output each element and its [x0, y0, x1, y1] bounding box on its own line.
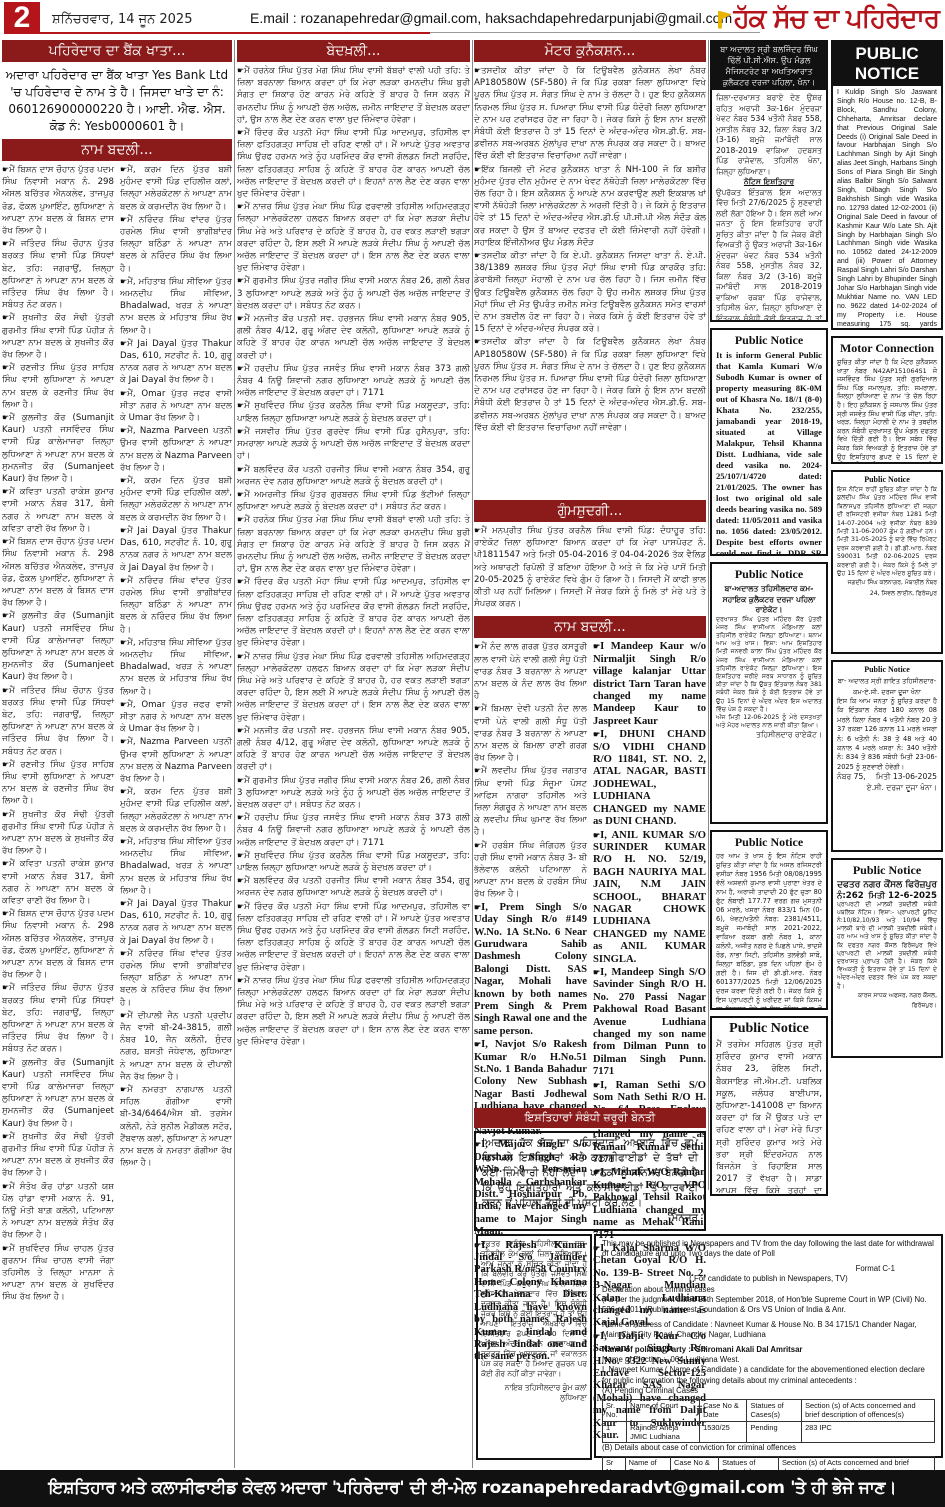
issue-date: ਸ਼ਨਿੱਚਰਵਾਰ, 14 ਜੂਨ 2025: [52, 12, 192, 27]
list-item: I, Prem Singh S/o Uday Singh R/o #149 W.…: [474, 902, 587, 1038]
list-item: ਤਸਦੀਕ ਕੀਤਾ ਜਾਂਦਾ ਹੈ ਕਿ ਏ.ਪੀ. ਕੁਨੈਕਸ਼ਨ ਜਿ…: [474, 250, 706, 335]
tehsil-notice: ਦਫਤਰ ਨਾਇਬ ਤਹਿਸੀਲਦਾਰ ਸਬ-ਤਹਿਸੀਲ ਕੂੰਮ ਕਲਾਂ …: [476, 1234, 592, 1460]
list-item: ਮੈਂ ਦੀਪਾਲੀ ਜੈਨ ਪਤਨੀ ਪ੍ਰਦੀਪ ਜੈਨ ਵਾਸੀ ਬੀ-2…: [120, 1010, 232, 1083]
disclaimer-signature: ਮੈਨੇਜਰ: [482, 1211, 698, 1226]
list-item: ਮੈਂ ਹਰਨੇਕ ਸਿੰਘ ਪੁੱਤਰ ਮੇਗ ਸਿੰਘ ਸਿੰਘ ਵਾਸੀ …: [237, 514, 470, 575]
list-item: ਮੈਂ ਲਵਦੀਪ ਸਿੰਘ ਪੁੱਤਰ ਜਗਤਾਰ ਸਿੰਘ ਵਾਸੀ ਪਿੰ…: [474, 765, 587, 838]
section-heading-name-change: ਨਾਮ ਬਦਲੀ...: [2, 139, 232, 161]
public-notice-lost-registry: Public Notice ਹਰ ਆਮ ਤੇ ਖਾਸ ਨੂੰ ਇਸ ਨੋਟਿਸ …: [710, 830, 828, 1010]
lost-passport-notice: ਮੈਂ ਮਨਪ੍ਰੀਤ ਸਿੰਘ ਪੁੱਤਰ ਕਰਨੈਲ ਸਿੰਘ ਵਾਸੀ ਪ…: [474, 525, 706, 610]
column-motor-lost-namechange: ਮੋਟਰ ਕੁਨੈਕਸ਼ਨ... ਤਸਦੀਕ ਕੀਤਾ ਜਾਂਦਾ ਹੈ ਕਿ …: [474, 40, 706, 435]
public-notice-lost-deeds: Public Notice ਇਸ ਨੋਟਿਸ ਰਾਹੀਂ ਸੂਚਿਤ ਕੀਤਾ …: [831, 470, 943, 654]
list-item: ਮੈਂ ਜਤਿੰਦਰ ਸਿੰਘ ਚੌਹਾਨ ਪੁੱਤਰ ਬਰਕਤ ਸਿੰਘ ਵਾ…: [2, 982, 114, 1055]
election-criminal-declaration: This may be published in Newspapers and …: [594, 1234, 943, 1458]
column-divider: [472, 40, 473, 1468]
masthead-rule: [40, 32, 430, 34]
list-item: ਮੈਂ Jai Dayal ਪੁੱਤਰ Thakur Das, 610, ਸਟਰ…: [120, 338, 232, 387]
name-change-list-right: ਮੈਂ, ਕਰਮ ਦਿਨ ਪੁੱਤਰ ਬਸ਼ੀ ਮੁਹੰਮਦ ਵਾਸੀ ਪਿੰਡ…: [120, 164, 232, 1305]
disinheritance-list: ਮੈਂ ਹਰਨੇਕ ਸਿੰਘ ਪੁੱਤਰ ਮੇਗ ਸਿੰਘ ਸਿੰਘ ਵਾਸੀ …: [237, 65, 470, 1048]
table-row: 1Rajinder Aneja JMIC Ludhiana1530/25Pend…: [603, 1421, 935, 1443]
list-item: ਮੈਂ ਜਸਵੀਰ ਸਿੰਘ ਪੁੱਤਰ ਗੁਰਦੇਵ ਸਿੰਘ ਵਾਸੀ ਪਿ…: [237, 426, 470, 463]
list-item: ਮੈਂ ਨਰਿੰਦਰ ਸਿੰਘ ਵਾਂਦਰ ਪੁੱਤਰ ਹਰਮੇਲ ਸਿੰਘ ਵ…: [120, 575, 232, 636]
motor-connection-notice: Motor Connection ਸੂਚਿਤ ਕੀਤਾ ਜਾਂਦਾ ਹੈ ਕਿ …: [831, 336, 943, 464]
list-item: ਮੈਂ ਰਿੰਦਰ ਕੌਰ ਪਤਨੀ ਮੋਹਾ ਸਿੰਘ ਵਾਸੀ ਪਿੰਡ ਆ…: [237, 127, 470, 200]
list-item: ਮੈਂ ਨਾਜ਼ਰ ਸਿੰਘ ਪੁੱਤਰ ਮੇਘਾ ਸਿੰਘ ਪਿੰਡ ਫਰਵਾ…: [237, 201, 470, 274]
list-item: ਮੈਂ ਸੁਖਵਿੰਦਰ ਸਿੰਘ ਚਾਹਲ ਪੁੱਤਰ ਗੁਰਨਾਮ ਸਿੰਘ…: [2, 1243, 114, 1304]
list-item: ਮੈਂ, ਕਰਮ ਦਿਨ ਪੁੱਤਰ ਬਸ਼ੀ ਮੁਹੰਮਦ ਵਾਸੀ ਪਿੰਡ…: [120, 475, 232, 524]
section-heading-name-change-2: ਨਾਮ ਬਦਲੀ...: [474, 616, 706, 638]
list-item: ਮੈਂ ਨਰਿੰਦਰ ਸਿੰਘ ਵਾਂਦਰ ਪੁੱਤਰ ਹਰਮੇਲ ਸਿੰਘ ਵ…: [120, 948, 232, 1009]
list-item: ਮੈਂ ਬਿਸ਼ਨ ਦਾਸ ਚੌਹਾਨ ਪੁੱਤਰ ਪਦਮ ਸਿੰਘ ਨਿਵਾਸ…: [2, 164, 114, 237]
flag-icon: [718, 11, 732, 29]
list-item: ਮੈਂ ਕੁਲਜੀਤ ਕੌਰ (Sumanjit Kaur) ਪਤਨੀ ਜਸਵਿ…: [2, 1057, 114, 1130]
public-notice-ferozepur: Public Notice ਦਫਤਰ ਨਗਰ ਕੌਂਸਲ ਫਿਰੋਜ਼ਪੁਰ ਨ…: [831, 858, 943, 1058]
masthead-email: E.mail : rozanapehredar@gmail.com, haksa…: [250, 10, 732, 26]
list-item: ਮੈਂ ਬਿਸ਼ਨ ਦਾਸ ਚੌਹਾਨ ਪੁੱਤਰ ਪਦਮ ਸਿੰਘ ਨਿਵਾਸ…: [2, 536, 114, 609]
list-item: ਮੈਂ ਬਿਸ਼ਨ ਦਾਸ ਚੌਹਾਨ ਪੁੱਤਰ ਪਦਮ ਸਿੰਘ ਨਿਵਾਸ…: [2, 908, 114, 981]
list-item: ਮੈਂ ਕਵਿਤਾ ਪਤਨੀ ਰਾਕੇਸ਼ ਕੁਮਾਰ ਵਾਸੀ ਮਕਾਨ ਨੰ…: [2, 858, 114, 907]
page-number: 2: [4, 2, 40, 34]
column-public-notices: PUBLIC NOTICE I Kuldip Singh S/o Jaswant…: [831, 40, 943, 1064]
list-item: ਮੈਂ ਬਲਵਿੰਦਰ ਕੌਰ ਪਤਨੀ ਹਰਜੀਤ ਸਿੰਘ ਵਾਸੀ ਮਕਾ…: [237, 875, 470, 899]
list-item: ਮੈਂ ਨਮਰਤਾ ਨਾਗਪਾਲ ਪਤਨੀ ਸਹਿਲ ਗੋਗੀਆ ਵਾਸੀ ਬੀ…: [120, 1084, 232, 1169]
list-item: ਮੈਂ ਮਨਜੀਤ ਕੌਰ ਪਤਨੀ ਸਵ. ਹਰਭਜਨ ਸਿੰਘ ਵਾਸੀ ਮ…: [237, 313, 470, 362]
list-item: ਮੈਂ ਹਰਬੰਸ ਸਿੰਘ ਜੰਗਿਹਲ ਪੁੱਤਰ ਹਰੀ ਸਿੰਘ ਵਾਸ…: [474, 840, 587, 901]
list-item: ਮੈਂ ਜਤਿੰਦਰ ਸਿੰਘ ਚੌਹਾਨ ਪੁੱਤਰ ਬਰਕਤ ਸਿੰਘ ਵਾ…: [2, 685, 114, 758]
section-heading-motor-connection: ਮੋਟਰ ਕੁਨੈਕਸ਼ਨ...: [474, 40, 706, 62]
section-heading-lost: ਗੁੰਮਸ਼ੁਦਗੀ...: [474, 500, 706, 522]
list-item: ਮੈਂ ਹਰਦੀਪ ਸਿੰਘ ਪੁੱਤਰ ਜਸਵੰਤ ਸਿੰਘ ਵਾਸੀ ਮਕਾ…: [237, 812, 470, 849]
list-item: ਮੈਂ ਅਮਰਜੀਤ ਸਿੰਘ ਪੁੱਤਰ ਗੁਰਬਚਨ ਸਿੰਘ ਵਾਸੀ ਪ…: [237, 489, 470, 513]
court-notice-khanna: ਬਾ ਅਦਾਲਤ ਸ੍ਰੀ ਬਲਜਿੰਦਰ ਸਿੰਘ ਢਿੱਲੋਂ ਪੀ.ਸੀ.…: [710, 40, 828, 322]
list-item: ਮੈਂ, ਕਰਮ ਦਿਨ ਪੁੱਤਰ ਬਸ਼ੀ ਮੁਹੰਮਦ ਵਾਸੀ ਪਿੰਡ…: [120, 786, 232, 835]
list-item: ਤਸਦੀਕ ਕੀਤਾ ਜਾਂਦਾ ਹੈ ਕਿ ਟਿਊਬਵੈਲ ਕੁਨੈਕਸ਼ਨ …: [474, 336, 706, 434]
masthead-rule-thin: [430, 32, 760, 33]
public-notice-tarsem: Public Notice ਮੈਂ ਤਰਸੇਮ ਸਹਿਗਲ ਪੁੱਤਰ ਸ਼੍ਰ…: [710, 1016, 828, 1196]
public-notice-raikot: Public Notice ਬਾ-ਅਦਾਲਤ ਤਹਿਸੀਲਦਾਰ ਕਮ-ਸਹਾਇ…: [710, 562, 828, 824]
brand-name: ਹੱਕ ਸੱਚ ਦਾ ਪਹਿਰੇਦਾਰ: [734, 4, 939, 34]
list-item: ਮੈਂ, ਮਹਿਤਾਬ ਸਿੰਘ ਸੀਵਿਆ ਪੁੱਤਰ ਅਮਨਦੀਪ ਸਿੰਘ…: [120, 836, 232, 897]
masthead: 2 ਸ਼ਨਿੱਚਰਵਾਰ, 14 ਜੂਨ 2025 E.mail : rozan…: [0, 0, 945, 40]
column-bank-namechange: ਪਹਿਰੇਦਾਰ ਦਾ ਬੈਂਕ ਖਾਤਾ... ਅਦਾਰਾ ਪਹਿਰੇਦਾਰ …: [2, 40, 232, 1305]
list-item: ਮੈਂ ਹਰਦੀਪ ਸਿੰਘ ਪੁੱਤਰ ਜਸਵੰਤ ਸਿੰਘ ਵਾਸੀ ਮਕਾ…: [237, 363, 470, 400]
list-item: ਮੈਂ ਰਿੰਦਰ ਕੌਰ ਪਤਨੀ ਮੋਹਾ ਸਿੰਘ ਵਾਸੀ ਪਿੰਡ ਆ…: [237, 576, 470, 649]
ad-disclaimer: 'ਅਦਾਰਾ ਹੱਕ ਸੱਚ ਦਾ ਪਹਿਰੇਦਾਰ' ਅਖ਼ਬਾਰ ਵਿੱਚ …: [474, 1131, 706, 1231]
list-item: ਮੈਂ, Omar ਪੁੱਤਰ ਜ਼ਫਰ ਵਾਸੀ ਸੀਤਾ ਨਗਰ ਨੇ ਆਪ…: [120, 699, 232, 736]
list-item: ਮੈਂ Jai Dayal ਪੁੱਤਰ Thakur Das, 610, ਸਟਰ…: [120, 898, 232, 947]
list-item: ਮੈਂ ਮਨਪ੍ਰੀਤ ਸਿੰਘ ਪੁੱਤਰ ਕਰਨੈਲ ਸਿੰਘ ਵਾਸੀ ਪ…: [474, 525, 706, 610]
list-item: ਮੈਂ, Omar ਪੁੱਤਰ ਜ਼ਫਰ ਵਾਸੀ ਸੀਤਾ ਨਗਰ ਨੇ ਆਪ…: [120, 388, 232, 425]
list-item: ਮੈਂ ਸੁਖਜੀਤ ਕੌਰ ਸੋਢੀ ਪੁੱਤਰੀ ਗੁਰਮੀਤ ਸਿੰਘ ਵ…: [2, 1131, 114, 1180]
public-notice-court-mutation: Public Notice ਬਾ- ਅਦਾਲਤ ਸ੍ਰੀ ਗਾਇਤ ਤਹਿਸੀਲ…: [831, 660, 943, 852]
list-item: I, ANIL KUMAR S/O SURINDER KUMAR R/O H. …: [593, 830, 706, 966]
list-item: ਮੈਂ ਰਣਜੀਤ ਸਿੰਘ ਪੁੱਤਰ ਸਾਹਿਬ ਸਿੰਘ ਵਾਸੀ ਲੁਧ…: [2, 362, 114, 411]
list-item: ਮੈਂ ਨੰਦ ਲਾਲ ਗਰਗ ਪੁੱਤਰ ਕਸਤੂਰੀ ਲਾਲ ਵਾਸੀ ਪੇ…: [474, 641, 587, 702]
list-item: ਮੈਂ ਕਵਿਤਾ ਪਤਨੀ ਰਾਕੇਸ਼ ਕੁਮਾਰ ਵਾਸੀ ਮਕਾਨ ਨੰ…: [2, 486, 114, 535]
list-item: ਮੈਂ, ਕਰਮ ਦਿਨ ਪੁੱਤਰ ਬਸ਼ੀ ਮੁਹੰਮਦ ਵਾਸੀ ਪਿੰਡ…: [120, 164, 232, 213]
list-item: I, DHUNI CHAND S/O VIDHI CHAND R/O 11841…: [593, 729, 706, 828]
list-item: ਮੈਂ, Nazma Parveen ਪਤਨੀ ਉਮਰ ਵਾਸੀ ਲੁਧਿਆਣਾ…: [120, 736, 232, 785]
list-item: ਮੈਂ ਗੁਰਮੀਤ ਸਿੰਘ ਪੁੱਤਰ ਜਗੀਰ ਸਿੰਘ ਵਾਸੀ ਮਕਾ…: [237, 275, 470, 312]
list-item: ਮੈਂ ਕੁਲਜੀਤ ਕੌਰ (Sumanjit Kaur) ਪਤਨੀ ਜਸਵਿ…: [2, 412, 114, 485]
list-item: ਮੈਂ ਹਰਨੇਕ ਸਿੰਘ ਪੁੱਤਰ ਮੇਗ ਸਿੰਘ ਸਿੰਘ ਵਾਸੀ …: [237, 65, 470, 126]
newspaper-logo: ਹੱਕ ਸੱਚ ਦਾ ਪਹਿਰੇਦਾਰ: [716, 4, 939, 34]
list-item: ਮੈਂ ਸੁਖਵਿੰਦਰ ਸਿੰਘ ਪੁੱਤਰ ਕਰਨੈਲ ਸਿੰਘ ਵਾਸੀ …: [237, 400, 470, 424]
list-item: ਤਸਦੀਕ ਕੀਤਾ ਜਾਂਦਾ ਹੈ ਕਿ ਟਿਊਬਵੈਲ ਕੁਨੈਕਸ਼ਨ …: [474, 65, 706, 163]
bank-account-info: ਅਦਾਰਾ ਪਹਿਰੇਦਾਰ ਦਾ ਬੈਂਕ ਖਾਤਾ Yes Bank Ltd…: [2, 65, 232, 139]
list-item: ਮੈਂ, Nazma Parveen ਪਤਨੀ ਉਮਰ ਵਾਸੀ ਲੁਧਿਆਣਾ…: [120, 425, 232, 474]
public-notice-kuldip-singh: PUBLIC NOTICE I Kuldip Singh S/o Jaswant…: [831, 40, 943, 330]
list-item: ਮੈਂ, ਮਹਿਤਾਬ ਸਿੰਘ ਸੀਵਿਆ ਪੁੱਤਰ ਅਮਨਦੀਪ ਸਿੰਘ…: [120, 276, 232, 337]
footer-ad-email-banner: ਇਸ਼ਤਿਹਾਰ ਅਤੇ ਕਲਾਸੀਫਾਈਡ ਕੇਵਲ ਅਦਾਰਾ 'ਪਹਿਰੇ…: [0, 1470, 945, 1507]
list-item: ਮੈਂ ਸੁਖਵਿੰਦਰ ਸਿੰਘ ਪੁੱਤਰ ਕਰਨੈਲ ਸਿੰਘ ਵਾਸੀ …: [237, 850, 470, 874]
list-item: ਮੈਂ Jai Dayal ਪੁੱਤਰ Thakur Das, 610, ਸਟਰ…: [120, 525, 232, 574]
list-item: ਮੈਂ ਮਨਜੀਤ ਕੌਰ ਪਤਨੀ ਸਵ. ਹਰਭਜਨ ਸਿੰਘ ਵਾਸੀ ਮ…: [237, 725, 470, 774]
public-notice-kamla-kumari: Public Notice It is inform General Publi…: [710, 328, 828, 556]
list-item: ਮੈਂ ਨਾਜ਼ਰ ਸਿੰਘ ਪੁੱਤਰ ਮੇਘਾ ਸਿੰਘ ਪਿੰਡ ਫਰਵਾ…: [237, 975, 470, 1048]
list-item: ਮੈਂ ਗੁਰਮੀਤ ਸਿੰਘ ਪੁੱਤਰ ਜਗੀਰ ਸਿੰਘ ਵਾਸੀ ਮਕਾ…: [237, 775, 470, 812]
list-item: ਮੈਂ ਨਰਿੰਦਰ ਸਿੰਘ ਵਾਂਦਰ ਪੁੱਤਰ ਹਰਮੇਲ ਸਿੰਘ ਵ…: [120, 214, 232, 275]
section-heading-disinheritance: ਬੇਦਖ਼ਲੀ...: [237, 40, 470, 62]
column-disinheritance: ਬੇਦਖ਼ਲੀ... ਮੈਂ ਹਰਨੇਕ ਸਿੰਘ ਪੁੱਤਰ ਮੇਗ ਸਿੰਘ…: [237, 40, 470, 1049]
list-item: ਮੈਂ ਰਣਜੀਤ ਸਿੰਘ ਪੁੱਤਰ ਸਾਹਿਬ ਸਿੰਘ ਵਾਸੀ ਲੁਧ…: [2, 759, 114, 808]
list-item: ਮੈਂ ਨਾਜ਼ਰ ਸਿੰਘ ਪੁੱਤਰ ਮੇਘਾ ਸਿੰਘ ਪਿੰਡ ਫਰਵਾ…: [237, 651, 470, 724]
name-change-list-left: ਮੈਂ ਬਿਸ਼ਨ ਦਾਸ ਚੌਹਾਨ ਪੁੱਤਰ ਪਦਮ ਸਿੰਘ ਨਿਵਾਸ…: [2, 164, 114, 1305]
tehsil-signature: ਨਾਇਬ ਤਹਿਸੀਲਦਾਰ ਕੂੰਮ ਕਲਾਂ ਲੁਧਿਆਣਾ: [481, 1383, 587, 1403]
list-item: I, Mandeep Singh S/O Savinder Singh R/O …: [593, 967, 706, 1079]
list-item: ਮੈਂ ਜਤਿੰਦਰ ਸਿੰਘ ਚੌਹਾਨ ਪੁੱਤਰ ਬਰਕਤ ਸਿੰਘ ਵਾ…: [2, 238, 114, 311]
list-item: ਮੈਂ ਸੰਤੋਖ ਕੌਰ ਹਾਂਡਾ ਪਤਨੀ ਯਸ਼ ਪੌਲ ਹਾਂਡਾ ਵ…: [2, 1181, 114, 1242]
section-heading-bank: ਪਹਿਰੇਦਾਰ ਦਾ ਬੈਂਕ ਖਾਤਾ...: [2, 40, 232, 62]
pending-cases-table: Sr. No.Name of CourtCase No & DateStatue…: [602, 1399, 935, 1444]
list-item: ਮੈਂ ਬਿਮਲਾ ਦੇਵੀ ਪਤਨੀ ਨੰਦ ਲਾਲ ਵਾਸੀ ਪੇਨੇ ਵਾ…: [474, 703, 587, 764]
list-item: ਮੈਂ ਬਲਵਿੰਦਰ ਕੌਰ ਪਤਨੀ ਹਰਜੀਤ ਸਿੰਘ ਵਾਸੀ ਮਕਾ…: [237, 464, 470, 488]
motor-connection-list: ਤਸਦੀਕ ਕੀਤਾ ਜਾਂਦਾ ਹੈ ਕਿ ਟਿਊਬਵੈਲ ਕੁਨੈਕਸ਼ਨ …: [474, 65, 706, 434]
court-header: ਬਾ ਅਦਾਲਤ ਸ੍ਰੀ ਬਲਜਿੰਦਰ ਸਿੰਘ ਢਿੱਲੋਂ ਪੀ.ਸੀ.…: [712, 42, 826, 90]
column-divider: [708, 40, 709, 1190]
list-item: I Mandeep Kaur w/o Nirmaljit Singh R/o v…: [593, 641, 706, 728]
list-item: ਇੱਕ ਬਿਜਲੀ ਦੀ ਮੋਟਰ ਕੁਨੈਕਸ਼ਨ ਖਾਤਾ ਨੰ NH-10…: [474, 164, 706, 249]
column-divider: [234, 40, 235, 1468]
section-heading-ad-disclaimer: ਇਸ਼ਤਿਹਾਰਾਂ ਸੰਬੰਧੀ ਜ਼ਰੂਰੀ ਬੇਨਤੀ: [474, 1108, 706, 1128]
list-item: ਮੈਂ ਰਿੰਦਰ ਕੌਰ ਪਤਨੀ ਮੋਹਾ ਸਿੰਘ ਵਾਸੀ ਪਿੰਡ ਆ…: [237, 901, 470, 974]
list-item: ਮੈਂ ਸੁਖਜੀਤ ਕੌਰ ਸੋਢੀ ਪੁੱਤਰੀ ਗੁਰਮੀਤ ਸਿੰਘ ਵ…: [2, 809, 114, 858]
column-court-notices: ਬਾ ਅਦਾਲਤ ਸ੍ਰੀ ਬਲਜਿੰਦਰ ਸਿੰਘ ਢਿੱਲੋਂ ਪੀ.ਸੀ.…: [710, 40, 828, 1202]
list-item: ਮੈਂ ਕੁਲਜੀਤ ਕੌਰ (Sumanjit Kaur) ਪਤਨੀ ਜਸਵਿ…: [2, 610, 114, 683]
list-item: ਮੈਂ ਸੁਖਜੀਤ ਕੌਰ ਸੋਢੀ ਪੁੱਤਰੀ ਗੁਰਮੀਤ ਸਿੰਘ ਵ…: [2, 312, 114, 361]
list-item: ਮੈਂ, ਮਹਿਤਾਬ ਸਿੰਘ ਸੀਵਿਆ ਪੁੱਤਰ ਅਮਨਦੀਪ ਸਿੰਘ…: [120, 637, 232, 698]
